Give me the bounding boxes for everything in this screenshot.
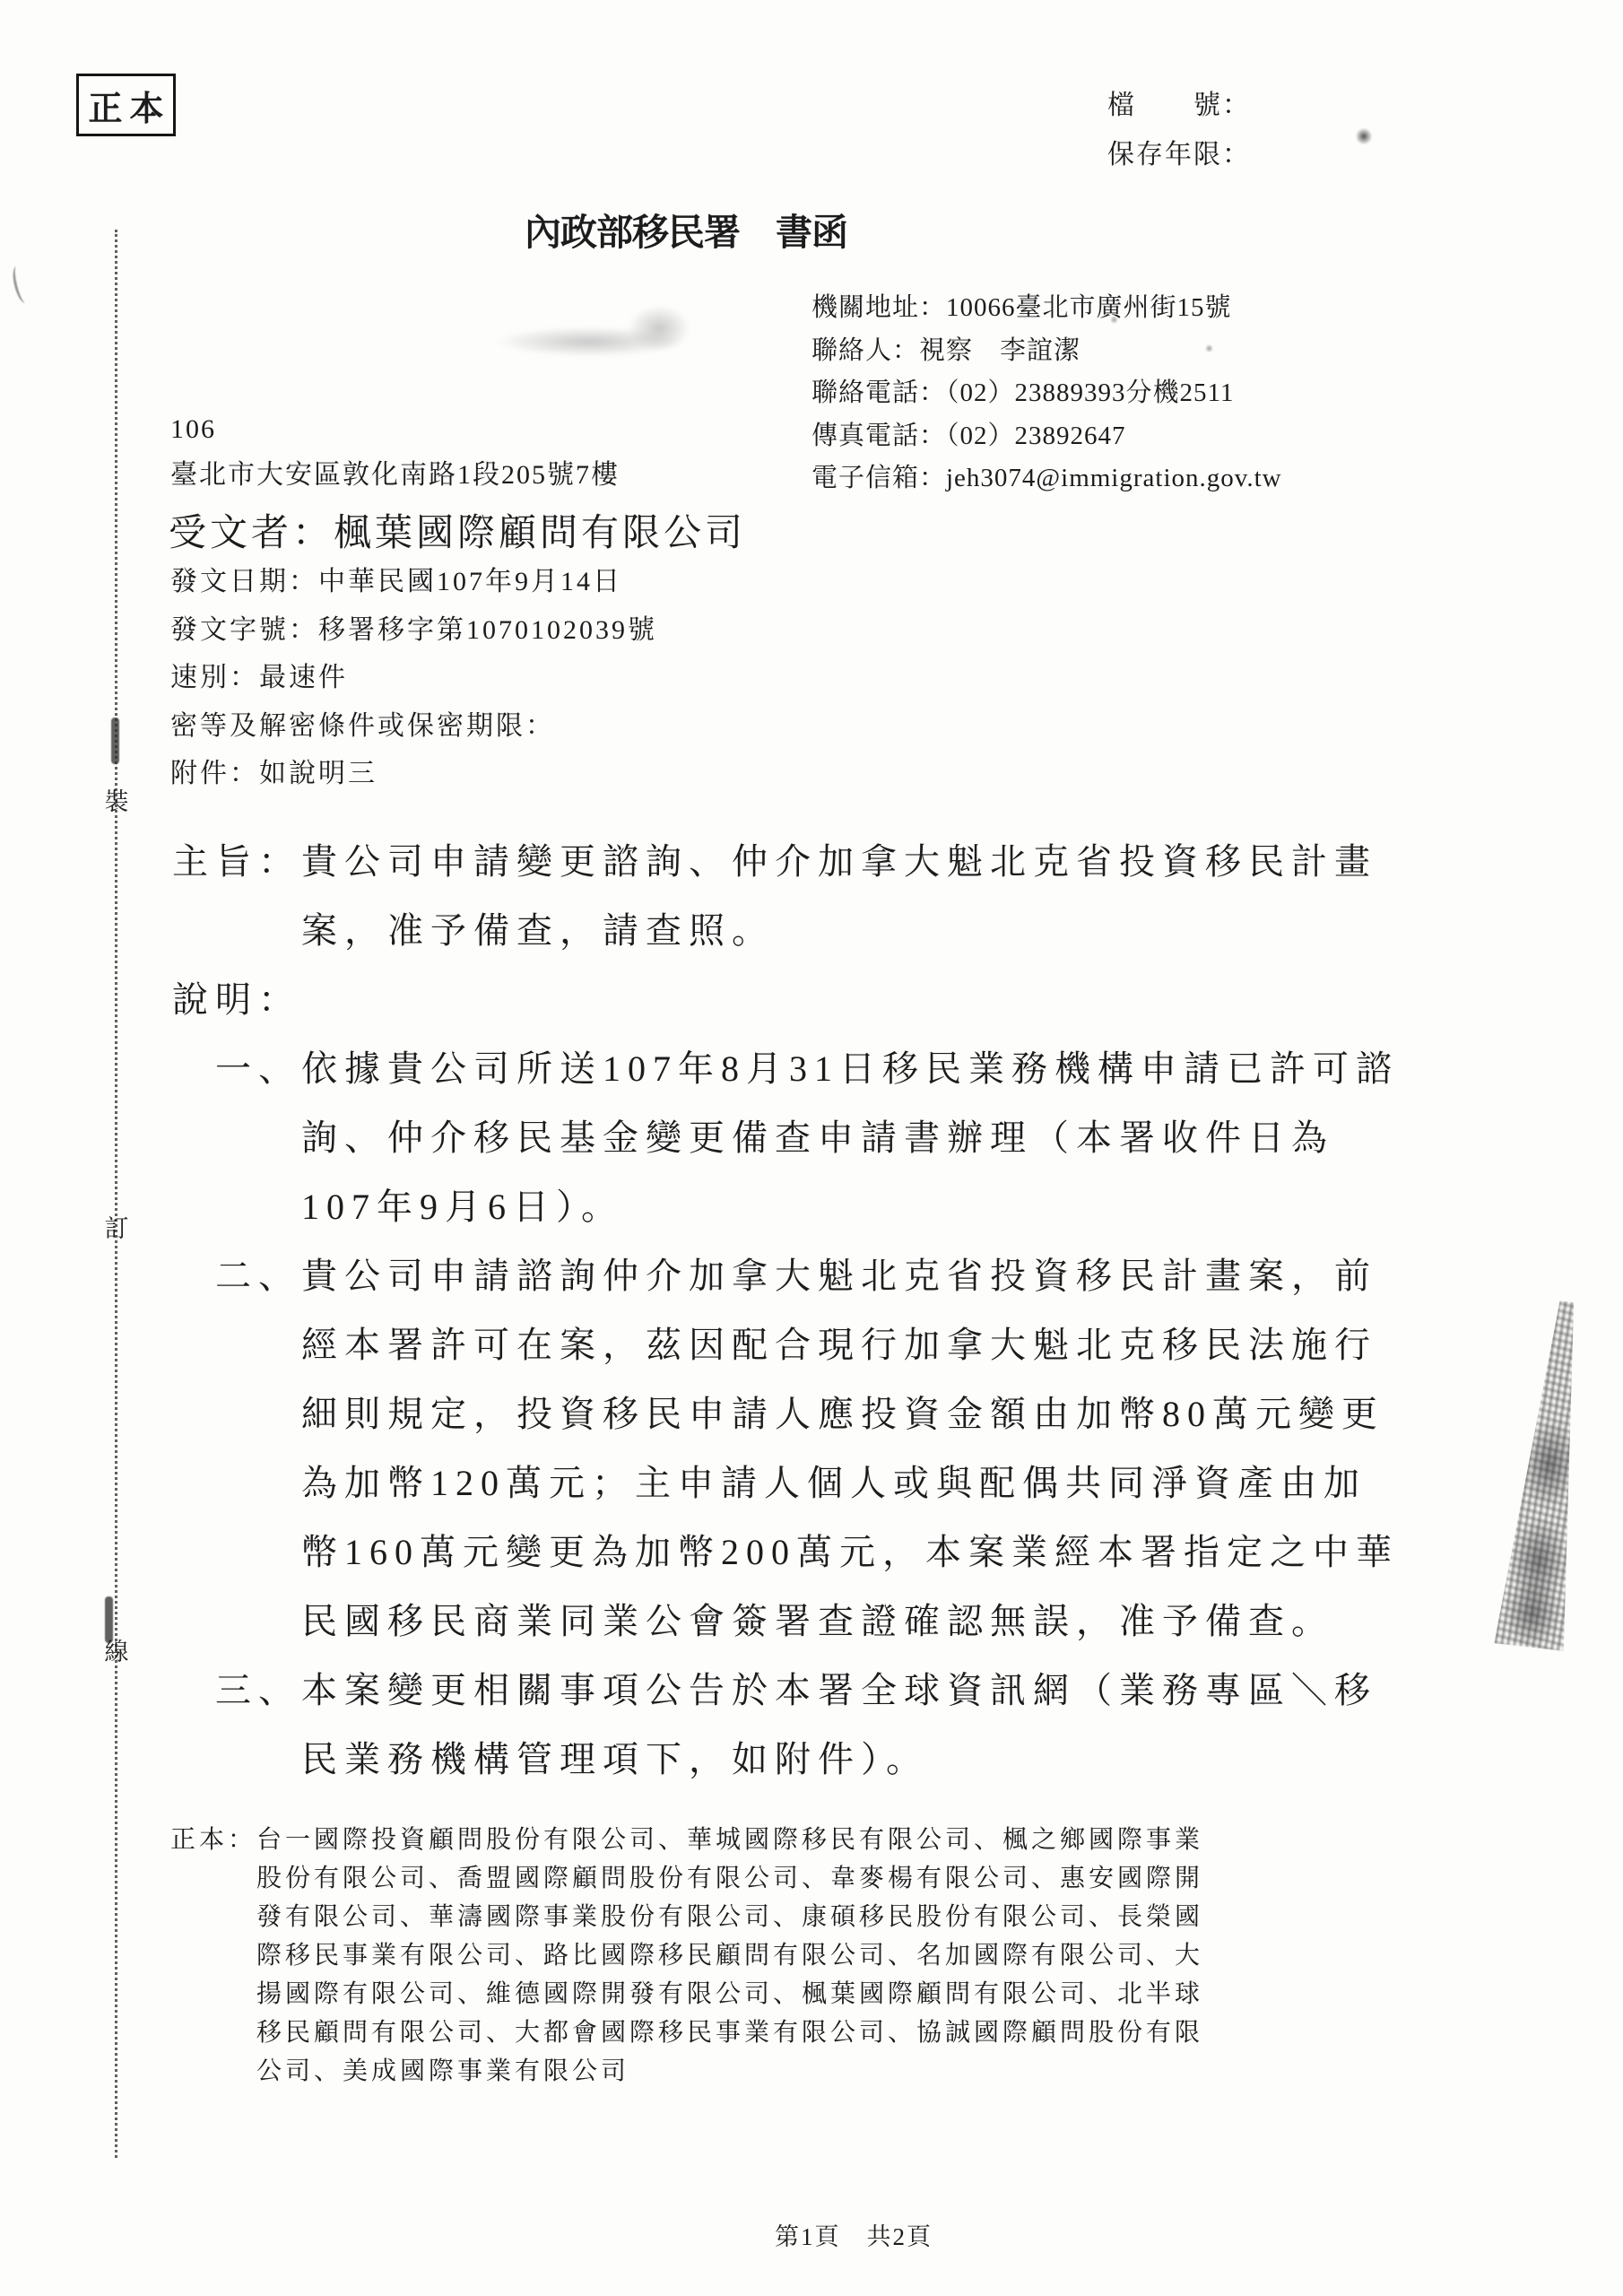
scanned-letter-page: 正本 檔 號： 保存年限： 內政部移民署 書函 機關地址：10066臺北市廣州街…: [0, 0, 1623, 2296]
classification: 密等及解密條件或保密期限：: [170, 702, 657, 751]
retention-period-label: 保存年限：: [1107, 130, 1251, 179]
scan-speck: [1205, 344, 1213, 352]
file-number-label: 檔 號：: [1107, 81, 1251, 130]
stamp-ink-blob: [1517, 1416, 1583, 1512]
binding-mark-zhuang: 裝: [95, 782, 138, 817]
scan-smudge: [628, 305, 690, 352]
copy-type-box: 正本: [76, 74, 176, 136]
attachment-note: 附件：如說明三: [170, 750, 657, 798]
explanation-item-3: 三、本案變更相關事項公告於本署全球資訊網（業務專區＼移: [215, 1656, 1517, 1725]
explanation-item-1: 一、依據貴公司所送107年8月31日移民業務機構申請已許可諮: [215, 1034, 1517, 1103]
agency-phone: 聯絡電話：（02）23889393分機2511: [811, 372, 1282, 415]
explanation-item-2: 經本署許可在案，茲因配合現行加拿大魁北克移民法施行: [301, 1310, 1517, 1379]
copy-recipients-line: 股份有限公司、喬盟國際顧問股份有限公司、韋麥楊有限公司、惠安國際開: [256, 1859, 1203, 1898]
scan-hook-artifact: [10, 265, 34, 305]
agency-email: 電子信箱：jeh3074@immigration.gov.tw: [811, 457, 1282, 500]
scan-speck: [1110, 316, 1118, 324]
recipient-address: 臺北市大安區敦化南路1段205號7樓: [170, 452, 620, 491]
ink-dot-artifact: [1356, 127, 1372, 145]
explanation-heading: 說明：: [172, 965, 1517, 1034]
binding-mark-ding: 訂: [95, 1209, 138, 1244]
copy-recipients-line: 公司、美成國際事業有限公司: [256, 2052, 1203, 2091]
archive-label-block: 檔 號： 保存年限：: [1107, 81, 1251, 179]
explanation-item-2: 為加幣120萬元；主申請人個人或與配偶共同淨資產由加: [301, 1448, 1517, 1518]
copy-recipients-line: 正本：台一國際投資顧問股份有限公司、華城國際移民有限公司、楓之鄉國際事業: [170, 1821, 1203, 1859]
binding-mark-artifact: [111, 717, 119, 764]
explanation-item-1: 107年9月6日）。: [301, 1172, 1517, 1241]
letter-body: 主旨：貴公司申請變更諮詢、仲介加拿大魁北克省投資移民計畫 案，准予備查，請查照。…: [172, 827, 1517, 1794]
page-indicator: 第1頁 共2頁: [775, 2217, 933, 2252]
recipient-postal-code: 106: [170, 414, 216, 445]
subject-line: 案，准予備查，請查照。: [301, 896, 1517, 965]
document-title: 內政部移民署 書函: [525, 203, 847, 256]
explanation-item-2: 二、貴公司申請諮詢仲介加拿大魁北克省投資移民計畫案，前: [215, 1241, 1517, 1310]
copy-recipients-block: 正本：台一國際投資顧問股份有限公司、華城國際移民有限公司、楓之鄉國際事業 股份有…: [170, 1821, 1203, 2091]
explanation-item-2: 幣160萬元變更為加幣200萬元，本案業經本署指定之中華: [301, 1518, 1517, 1587]
stamp-ink-blob: [1501, 1575, 1565, 1650]
agency-fax: 傳真電話：（02）23892647: [811, 415, 1282, 458]
copy-recipients-line: 發有限公司、華濤國際事業股份有限公司、康碩移民股份有限公司、長榮國: [256, 1898, 1203, 1936]
explanation-item-3: 民業務機構管理項下，如附件）。: [301, 1725, 1517, 1794]
explanation-item-2: 細則規定，投資移民申請人應投資金額由加幣80萬元變更: [301, 1379, 1517, 1448]
copy-recipients-line: 移民顧問有限公司、大都會國際移民事業有限公司、協誠國際顧問股份有限: [256, 2013, 1203, 2052]
copy-recipients-line: 際移民事業有限公司、路比國際移民顧問有限公司、名加國際有限公司、大: [256, 1936, 1203, 1975]
issue-date: 發文日期：中華民國107年9月14日: [170, 558, 657, 606]
copy-type-label: 正本: [88, 81, 170, 130]
binding-mark-xian: 線: [95, 1632, 138, 1667]
recipient-line: 受文者：楓葉國際顧問有限公司: [169, 503, 746, 557]
explanation-item-2: 民國移民商業同業公會簽署查證確認無誤，准予備查。: [301, 1587, 1517, 1656]
reference-number: 發文字號：移署移字第1070102039號: [170, 606, 657, 655]
priority: 速別：最速件: [170, 654, 657, 702]
copy-recipients-line: 揚國際有限公司、維德國際開發有限公司、楓葉國際顧問有限公司、北半球: [256, 1975, 1203, 2013]
copy-recipients-label: 正本：: [170, 1826, 256, 1854]
subject-line: 主旨：貴公司申請變更諮詢、仲介加拿大魁北克省投資移民計畫: [172, 827, 1517, 896]
explanation-item-1: 詢、仲介移民基金變更備查申請書辦理（本署收件日為: [301, 1103, 1517, 1172]
document-meta-block: 發文日期：中華民國107年9月14日 發文字號：移署移字第1070102039號…: [170, 558, 657, 798]
agency-address: 機關地址：10066臺北市廣州街15號: [811, 287, 1282, 330]
binding-dotted-line: [115, 230, 117, 2158]
agency-contact-block: 機關地址：10066臺北市廣州街15號 聯絡人：視察 李誼潔 聯絡電話：（02）…: [811, 287, 1282, 500]
